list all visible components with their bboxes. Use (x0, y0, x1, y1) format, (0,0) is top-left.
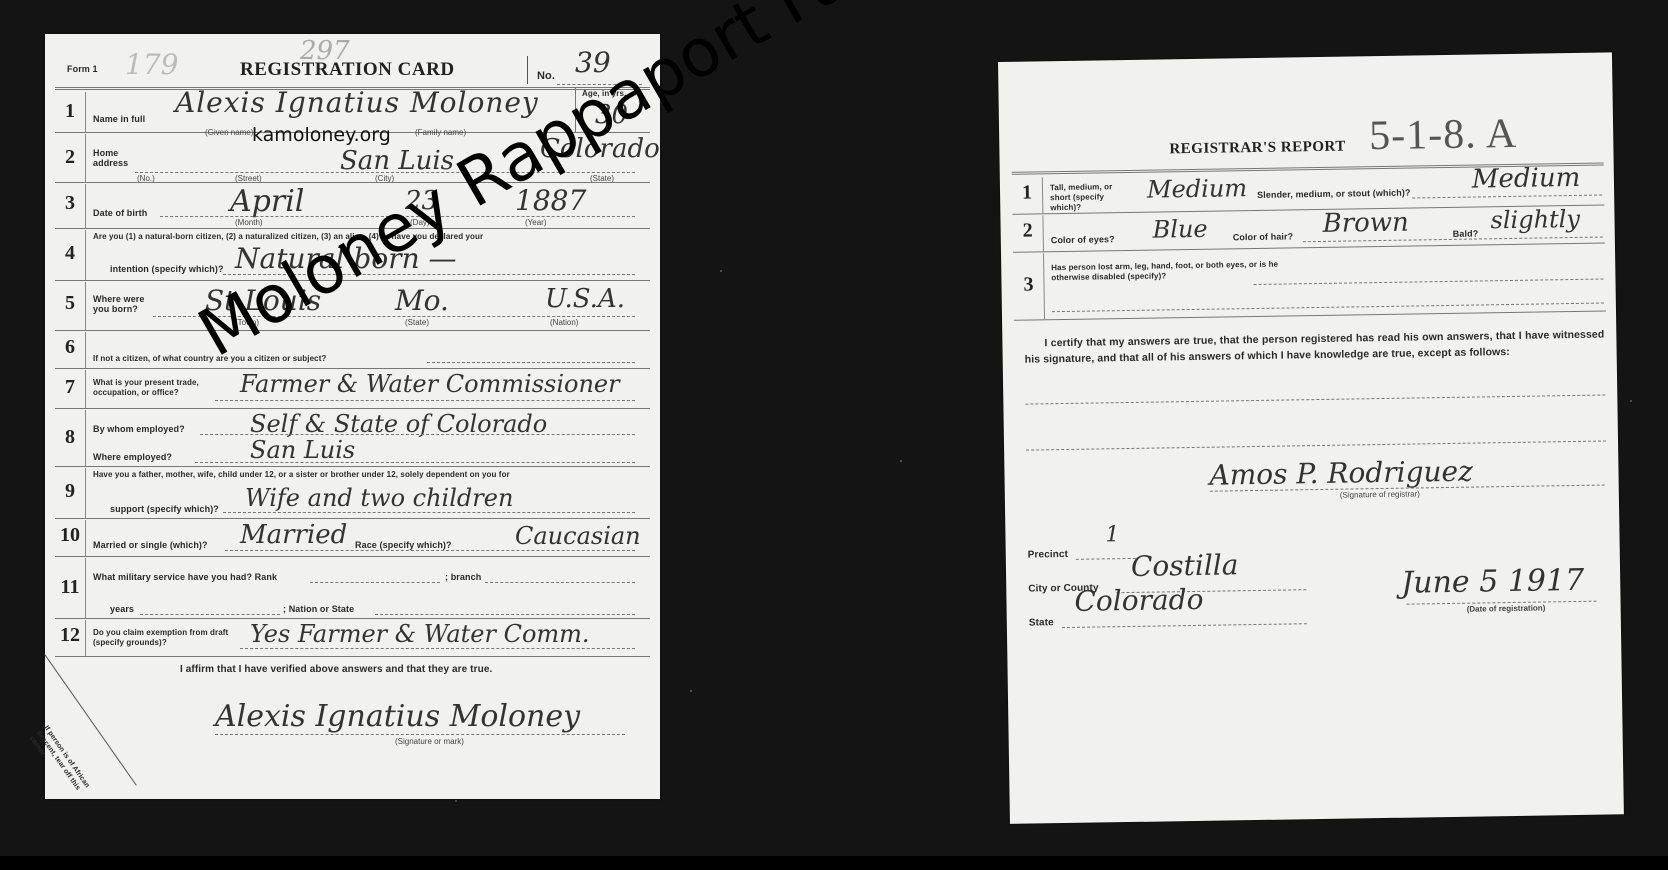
dotted-line (215, 400, 635, 401)
field-label: ; branch (445, 572, 481, 582)
field-label: years (110, 604, 134, 614)
dotted-line (215, 734, 625, 735)
field-question: Have you a father, mother, wife, child u… (93, 470, 510, 479)
birth-nation-value: U.S.A. (545, 284, 625, 314)
field-label: support (specify which)? (110, 504, 219, 514)
field-label: By whom employed? (93, 424, 185, 434)
field-label: Date of birth (93, 208, 147, 218)
field-label: ; Nation or State (283, 604, 354, 614)
dotted-line (195, 462, 635, 463)
signature-caption: (Signature or mark) (395, 737, 464, 746)
height-value: Medium (1147, 174, 1247, 204)
dotted-line (1026, 440, 1606, 450)
occupation-value: Farmer & Water Commissioner (240, 370, 620, 398)
bottom-bar (0, 856, 1668, 870)
field-label: Do you claim exemption from draft (speci… (93, 628, 233, 648)
report-title: REGISTRAR'S REPORT (1169, 139, 1346, 159)
precinct-value: 1 (1105, 522, 1119, 547)
row-name: 1 Name in full Alexis Ignatius Moloney (… (55, 92, 650, 133)
film-speck (900, 460, 902, 462)
citizenship-value: Natural born — (235, 242, 457, 275)
field-label: Home address (93, 148, 133, 168)
registrar-signature: Amos P. Rodriguez (1209, 455, 1473, 492)
field-question: Are you (1) a natural-born citizen, (2) … (93, 232, 483, 241)
row-occupation: 7 What is your present trade, occupation… (55, 370, 650, 409)
race-value: Caucasian (515, 522, 641, 550)
full-name-value: Alexis Ignatius Moloney (175, 86, 539, 119)
dotted-line (153, 316, 635, 317)
dotted-line (375, 614, 635, 615)
form-label: Form 1 (67, 64, 98, 74)
certification-text: I certify that my answers are true, that… (1024, 327, 1604, 368)
number-value: 39 (575, 46, 611, 79)
dotted-line (200, 434, 635, 435)
divider (575, 87, 576, 132)
dotted-line (223, 274, 635, 275)
field-label: If not a citizen, of what country are yo… (93, 354, 326, 363)
age-value: 30 (595, 100, 628, 130)
birth-month-value: April (230, 184, 304, 219)
affirmation-text: I affirm that I have verified above answ… (180, 664, 492, 675)
row-exemption: 12 Do you claim exemption from draft (sp… (55, 620, 650, 657)
field-label: Bald? (1453, 228, 1479, 238)
dotted-line (1062, 623, 1307, 628)
state-value: Colorado (1074, 583, 1203, 618)
dotted-line (1254, 279, 1604, 285)
row-number: 1 (1012, 181, 1042, 204)
row-employer: 8 By whom employed? Self & State of Colo… (55, 410, 650, 467)
dotted-line (310, 582, 440, 583)
row-number: 7 (55, 376, 85, 399)
precinct-label: Precinct (1028, 549, 1068, 561)
exemption-value: Yes Farmer & Water Comm. (250, 620, 590, 648)
registrant-signature: Alexis Ignatius Moloney (215, 699, 580, 734)
field-label: Where employed? (93, 452, 172, 462)
dotted-line (225, 550, 635, 551)
field-label: Married or single (which)? (93, 540, 208, 550)
row-number: 5 (55, 292, 85, 315)
birth-state-value: Mo. (395, 284, 449, 317)
state-label: State (1029, 617, 1054, 628)
field-label: Color of hair? (1233, 231, 1294, 242)
caption: (Day) (410, 218, 430, 227)
home-state-value: Colorado (540, 134, 660, 164)
report-stamp: 5-1-8. A (1369, 110, 1518, 160)
row-date-of-birth: 3 Date of birth April 23 1887 (Month) (D… (55, 184, 650, 229)
row-foreign-citizenship: 6 If not a citizen, of what country are … (55, 332, 650, 369)
caption: (State) (590, 174, 614, 183)
row-home-address: 2 Home address San Luis Colorado (No.) (… (55, 134, 650, 183)
row-marital-race: 10 Married or single (which)? Married Ra… (55, 520, 650, 557)
row-citizenship: 4 Are you (1) a natural-born citizen, (2… (55, 230, 650, 281)
dotted-line (1076, 558, 1136, 560)
registration-date-caption: (Date of registration) (1467, 603, 1546, 613)
dotted-line (223, 512, 635, 513)
caption: (State) (405, 318, 429, 327)
row-number: 8 (55, 426, 85, 449)
field-label: What military service have you had? Rank (93, 572, 277, 582)
pencil-number: 179 (125, 48, 178, 81)
county-value: Costilla (1131, 548, 1239, 583)
row-number: 6 (55, 336, 85, 359)
row-number: 3 (55, 192, 85, 215)
row-number: 12 (55, 624, 85, 647)
field-label: Color of eyes? (1051, 234, 1115, 245)
birth-year-value: 1887 (515, 184, 586, 217)
caption: (Street) (235, 174, 262, 183)
caption: (Town) (235, 318, 259, 327)
dotted-line (557, 84, 642, 85)
film-speck (455, 800, 457, 802)
row-number: 3 (1013, 273, 1043, 296)
row-disability: 3 Has person lost arm, leg, hand, foot, … (1013, 244, 1606, 320)
birth-town-value: St Louis (205, 284, 321, 317)
field-label: Race (specify which)? (355, 540, 452, 550)
divider (527, 56, 528, 84)
caption: (Year) (525, 218, 547, 227)
bald-value: slightly (1490, 205, 1580, 234)
employment-place-value: San Luis (250, 436, 355, 464)
corner-note: If person is of African descent, tear of… (27, 724, 104, 817)
row-number: 11 (55, 576, 85, 599)
field-label: Where were you born? (93, 294, 153, 314)
birth-day-value: 23 (405, 186, 438, 216)
row-number: 2 (1012, 219, 1042, 242)
row-number: 1 (55, 100, 85, 123)
registration-date-value: June 5 1917 (1401, 563, 1584, 601)
hair-color-value: Brown (1322, 208, 1409, 239)
field-label: Slender, medium, or stout (which)? (1257, 188, 1411, 200)
number-label: No. (537, 70, 555, 82)
registration-card: Form 1 179 297 REGISTRATION CARD No. 39 … (45, 34, 660, 799)
row-number: 10 (55, 524, 85, 547)
field-label: What is your present trade, occupation, … (93, 378, 213, 398)
row-birthplace: 5 Where were you born? St Louis Mo. U.S.… (55, 282, 650, 331)
build-value: Medium (1472, 163, 1581, 195)
row-military-service: 11 What military service have you had? R… (55, 558, 650, 619)
caption: (City) (375, 174, 394, 183)
dotted-line (240, 648, 635, 649)
row-number: 4 (55, 242, 85, 265)
dotted-line (1025, 395, 1605, 405)
film-speck (690, 690, 692, 692)
dotted-line (1412, 195, 1602, 199)
dotted-line (427, 362, 635, 363)
dotted-line (485, 582, 635, 583)
film-speck (1630, 400, 1632, 402)
row-dependents: 9 Have you a father, mother, wife, child… (55, 468, 650, 519)
dotted-line (160, 216, 635, 217)
row-number: 2 (55, 146, 85, 169)
registrar-signature-caption: (Signature of registrar) (1340, 489, 1420, 499)
dotted-line (1052, 303, 1604, 313)
field-label: Has person lost arm, leg, hand, foot, or… (1051, 260, 1281, 284)
dotted-line (135, 172, 635, 173)
caption: (Nation) (550, 318, 578, 327)
dotted-line (140, 614, 280, 615)
card-title: REGISTRATION CARD (240, 59, 455, 81)
field-label: Tall, medium, or short (specify which)? (1050, 182, 1130, 213)
dependents-value: Wife and two children (245, 484, 513, 512)
registrar-report-card: REGISTRAR'S REPORT 5-1-8. A 1 Tall, medi… (998, 52, 1624, 824)
field-label: Name in full (93, 114, 145, 124)
row-number: 9 (55, 480, 85, 503)
caption: (No.) (137, 174, 155, 183)
marital-status-value: Married (240, 520, 347, 550)
field-label: intention (specify which)? (110, 264, 224, 274)
eye-color-value: Blue (1152, 215, 1207, 244)
film-speck (720, 270, 722, 272)
age-label: Age, in yrs. (582, 89, 626, 98)
caption: (Month) (235, 218, 263, 227)
